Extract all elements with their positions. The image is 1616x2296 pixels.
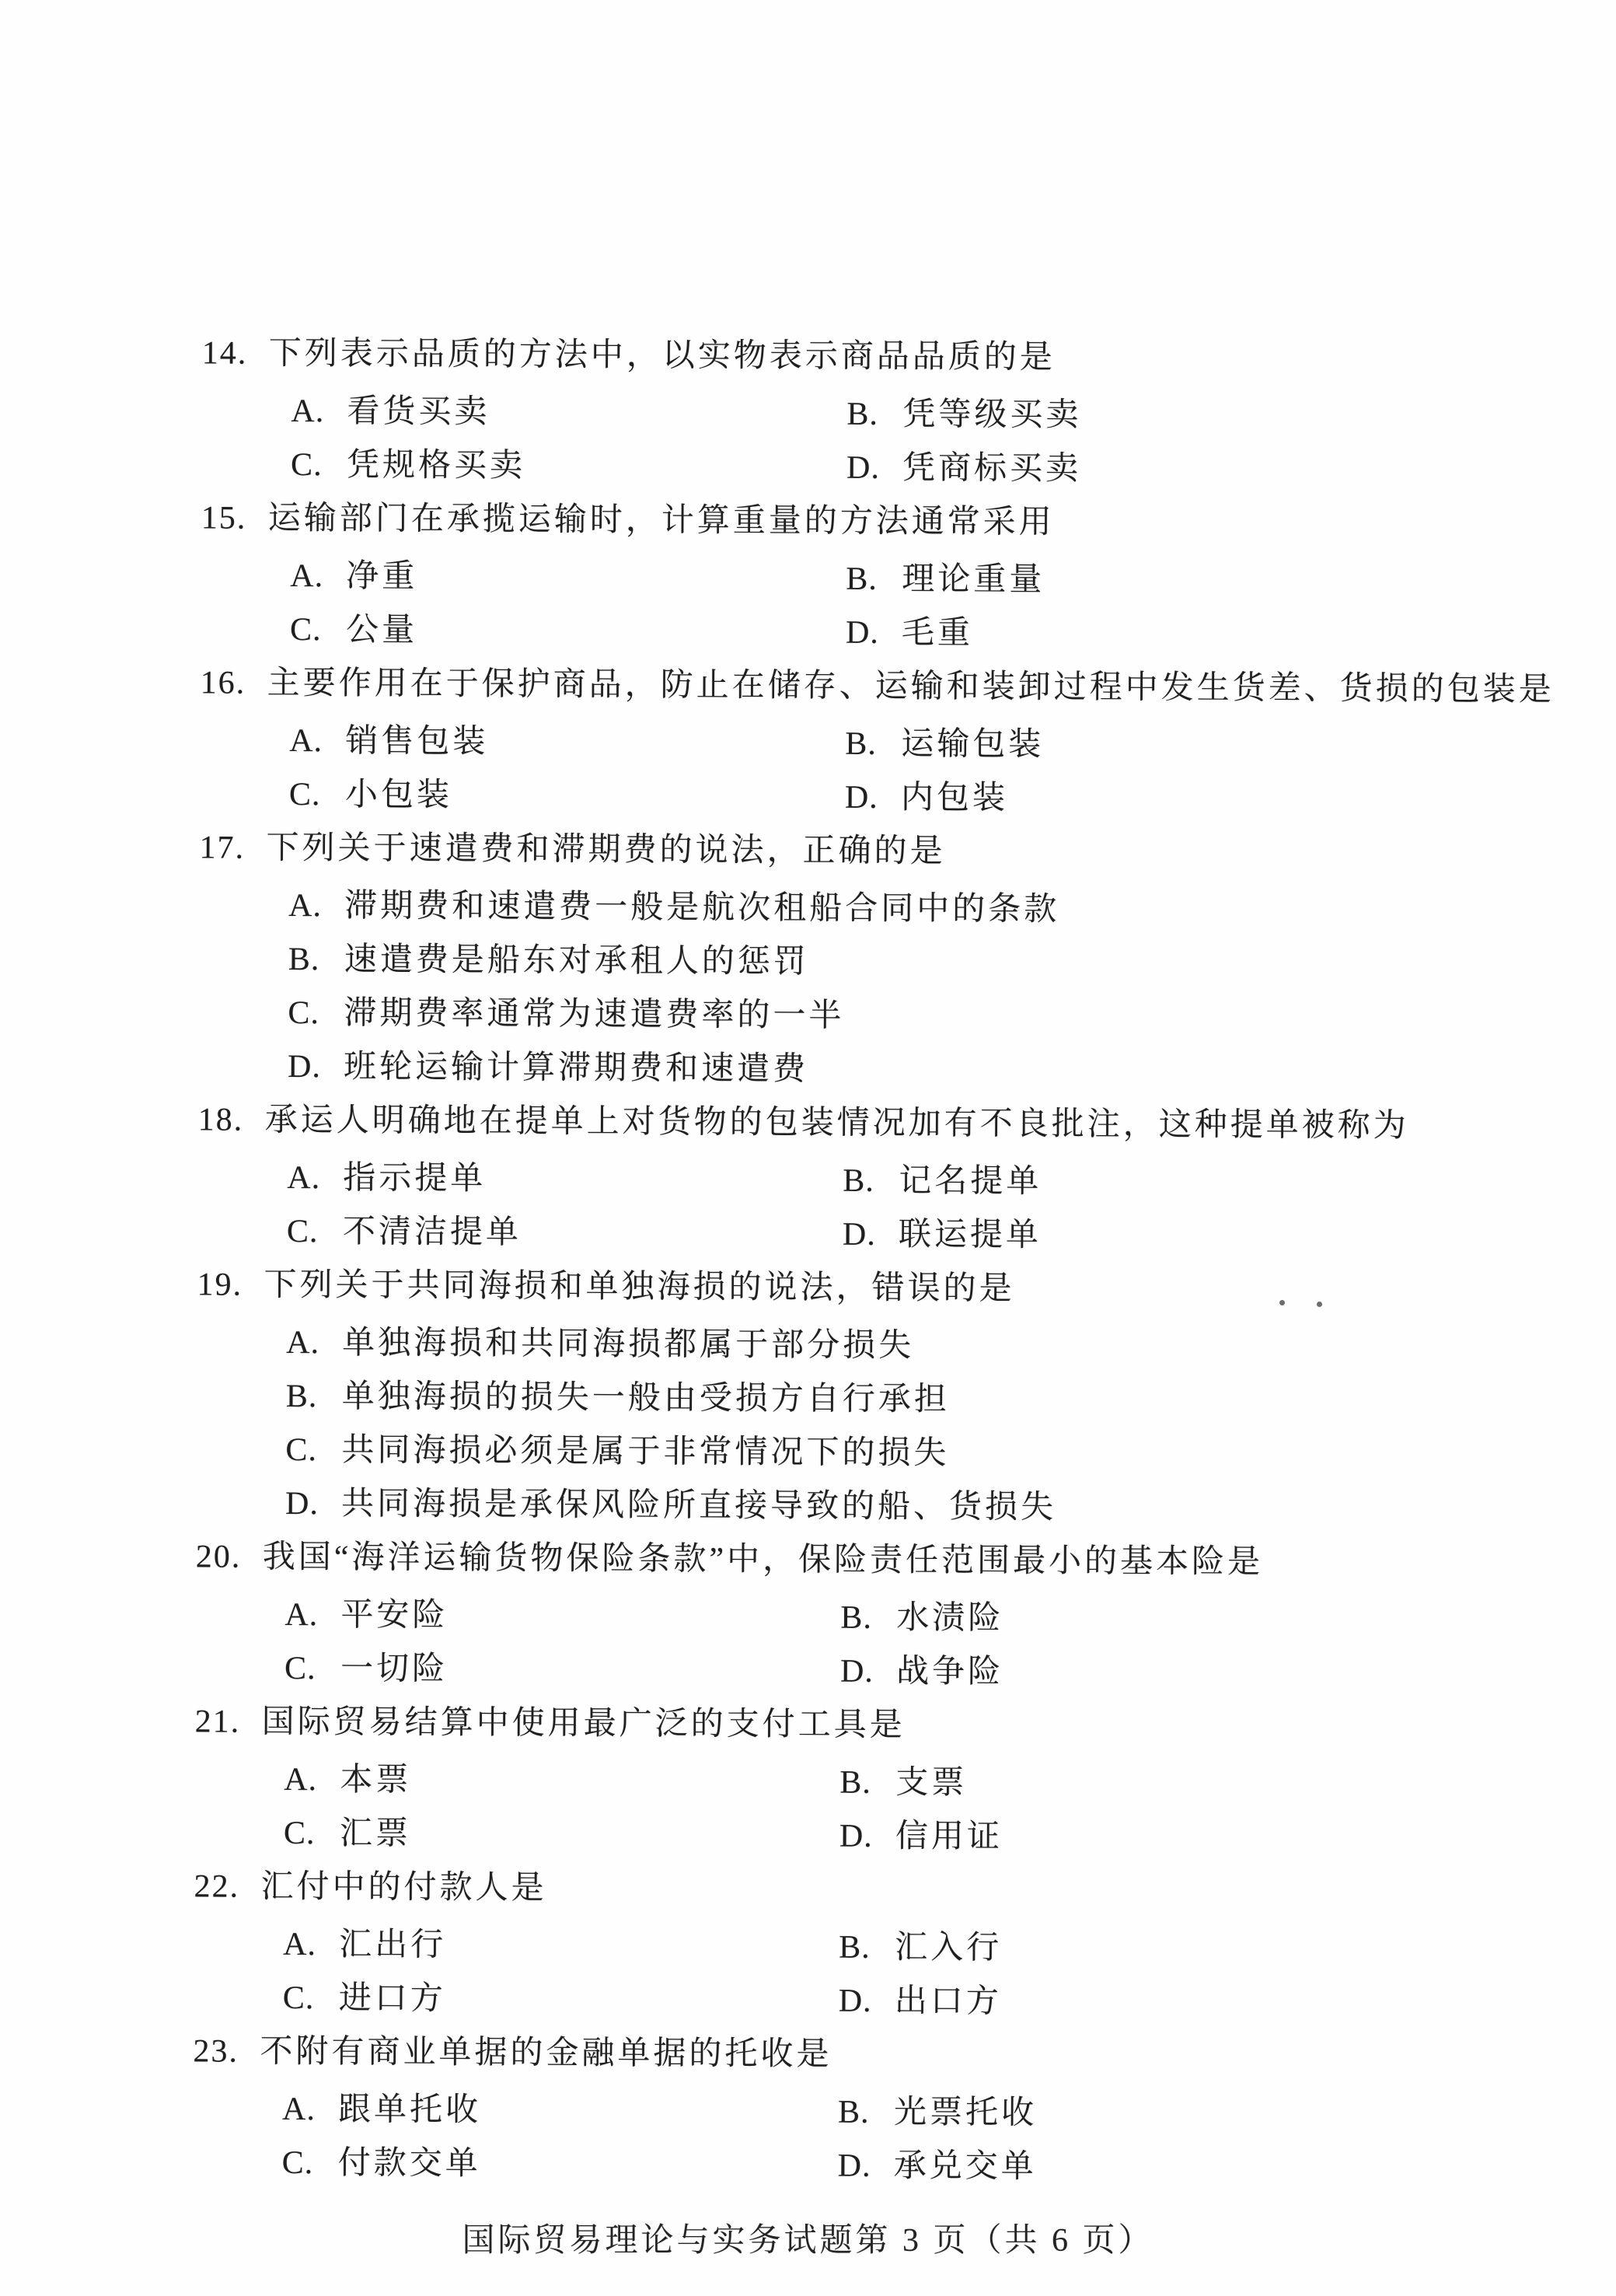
question-17: 17. 下列关于速遣费和滞期费的说法，正确的是 A.滞期费和速遣费一般是航次租船…: [0, 829, 1614, 1110]
question-19: 19. 下列关于共同海损和单独海损的说法，错误的是 A.单独海损和共同海损都属于…: [0, 1266, 1611, 1546]
question-head: 19. 下列关于共同海损和单独海损的说法，错误的是: [0, 1266, 1611, 1332]
question-number: 16.: [201, 665, 267, 701]
question-text: 运输部门在承揽运输时，计算重量的方法通常采用: [268, 501, 1055, 541]
option: B.水渍险: [840, 1600, 1609, 1658]
question-number: 19.: [197, 1267, 264, 1303]
option-label: D.: [843, 1217, 899, 1253]
option-text: 内包装: [901, 780, 1008, 817]
question-21: 21. 国际贸易结算中使用最广泛的支付工具是 A.本票B.支票C.汇票D.信用证: [0, 1703, 1609, 1876]
emphasis-dot: [1279, 1300, 1285, 1305]
option-label: D.: [839, 1819, 895, 1855]
question-head: 14. 下列表示品质的方法中，以实物表示商品品质的是: [0, 334, 1616, 400]
option: D.信用证: [839, 1819, 1608, 1876]
option: C.凭规格买卖: [291, 447, 846, 504]
option: B.凭等级买卖: [846, 397, 1615, 454]
question-head: 23. 不附有商业单据的金融单据的托收是: [0, 2032, 1607, 2099]
option-label: A.: [289, 723, 345, 760]
option-label: C.: [283, 1980, 339, 2017]
question-number: 18.: [198, 1102, 265, 1138]
option-text: 共同海损必须是属于非常情况下的损失: [341, 1432, 949, 1472]
option-text: 平安险: [340, 1597, 448, 1634]
option: B.单独海损的损失一般由受损方自行承担: [286, 1379, 1611, 1439]
option-label: B.: [840, 1600, 896, 1637]
option-text: 支票: [895, 1765, 967, 1802]
question-text: 汇付中的付款人是: [260, 1869, 546, 1907]
option-text: 凭规格买卖: [347, 447, 525, 484]
option-text: 汇票: [340, 1815, 411, 1853]
option-label: C.: [288, 995, 344, 1032]
option-label: C.: [287, 1214, 343, 1250]
option-text: 单独海损和共同海损都属于部分损失: [342, 1325, 914, 1365]
option-label: B.: [845, 726, 901, 763]
option-text: 一切险: [340, 1651, 448, 1688]
question-20: 20. 我国“海洋运输货物保险条款”中，保险责任范围最小的基本险是 A.平安险B…: [0, 1538, 1610, 1711]
option-text: 汇入行: [895, 1930, 1002, 1967]
option-group: A.平安险B.水渍险C.一切险D.战争险: [0, 1595, 1609, 1711]
option-label: D.: [845, 780, 901, 816]
question-head: 15. 运输部门在承揽运输时，计算重量的方法通常采用: [0, 499, 1615, 565]
option: A.本票: [284, 1762, 839, 1819]
option-text: 光票托收: [894, 2095, 1037, 2132]
option-group: A.跟单托收B.光票托收C.付款交单D.承兑交单: [0, 2090, 1607, 2206]
question-text: 不附有商业单据的金融单据的托收是: [260, 2034, 832, 2074]
option-text: 水渍险: [896, 1600, 1003, 1637]
option-label: B.: [838, 2095, 894, 2131]
option-text: 净重: [346, 558, 417, 596]
option: C.共同海损必须是属于非常情况下的损失: [285, 1432, 1610, 1493]
question-15: 15. 运输部门在承揽运输时，计算重量的方法通常采用 A.净重B.理论重量C.公…: [0, 499, 1615, 673]
question-head: 22. 汇付中的付款人是: [0, 1868, 1608, 1934]
option-label: B.: [288, 942, 344, 978]
option-label: D.: [288, 1049, 344, 1085]
option-label: D.: [839, 1983, 895, 2020]
option: B.支票: [839, 1765, 1608, 1822]
option: D.内包装: [845, 780, 1614, 837]
option-label: D.: [840, 1654, 896, 1690]
option-label: D.: [846, 450, 902, 487]
option: A.销售包装: [289, 723, 845, 780]
question-14: 14. 下列表示品质的方法中，以实物表示商品品质的是 A.看货买卖B.凭等级买卖…: [0, 334, 1616, 508]
question-head: 21. 国际贸易结算中使用最广泛的支付工具是: [0, 1703, 1609, 1769]
option: A.汇出行: [283, 1927, 839, 1983]
option-text: 速遣费是船东对承租人的惩罚: [344, 942, 809, 980]
option-group: A.看货买卖B.凭等级买卖C.凭规格买卖D.凭商标买卖: [0, 392, 1616, 508]
option-label: D.: [285, 1486, 341, 1522]
option-label: C.: [285, 1432, 341, 1469]
question-number: 21.: [195, 1704, 262, 1740]
question-text: 我国“海洋运输货物保险条款”中，保险责任范围最小的基本险是: [263, 1539, 1264, 1581]
option-group: A.滞期费和速遣费一般是航次租船合同中的条款B.速遣费是船东对承租人的惩罚C.滞…: [0, 886, 1613, 1110]
option-text: 凭商标买卖: [902, 450, 1081, 488]
option-text: 小包装: [345, 777, 452, 814]
question-number: 23.: [193, 2033, 260, 2070]
option-text: 跟单托收: [338, 2092, 481, 2129]
option: B.运输包装: [845, 726, 1614, 784]
question-text: 下列关于共同海损和单独海损的说法，错误的是: [264, 1267, 1014, 1308]
option-label: A.: [284, 1762, 340, 1798]
option: C.付款交单: [281, 2145, 837, 2202]
option-label: C.: [282, 2145, 338, 2182]
scan-artifact-dot: [966, 898, 971, 903]
option-text: 本票: [340, 1762, 411, 1799]
option-group: A.指示提单B.记名提单C.不清洁提单D.联运提单: [0, 1158, 1611, 1274]
option-label: B.: [843, 1163, 899, 1200]
option-text: 班轮运输计算滞期费和速遣费: [344, 1049, 808, 1088]
option-label: A.: [284, 1597, 340, 1634]
option-text: 公量: [346, 612, 417, 649]
page-footer: 国际贸易理论与实务试题第 3 页（共 6 页）: [0, 2214, 1616, 2261]
option-label: A.: [287, 1160, 343, 1197]
option-group: A.单独海损和共同海损都属于部分损失B.单独海损的损失一般由受损方自行承担C.共…: [0, 1323, 1611, 1546]
option-text: 出口方: [895, 1983, 1002, 2021]
option: A.指示提单: [287, 1160, 843, 1217]
option-text: 战争险: [896, 1654, 1003, 1691]
option: B.理论重量: [846, 561, 1614, 619]
option-label: B.: [846, 397, 902, 433]
option: B.光票托收: [838, 2095, 1607, 2152]
question-text: 承运人明确地在提单上对货物的包装情况加有不良批注，这种提单被称为: [265, 1103, 1409, 1145]
option-group: A.净重B.理论重量C.公量D.毛重: [0, 557, 1614, 673]
option-label: A.: [290, 558, 346, 595]
option: D.共同海损是承保风险所直接导致的船、货损失: [285, 1486, 1610, 1546]
option-group: A.本票B.支票C.汇票D.信用证: [0, 1760, 1608, 1876]
question-text: 国际贸易结算中使用最广泛的支付工具是: [262, 1704, 906, 1744]
option-text: 指示提单: [343, 1160, 486, 1197]
option: A.跟单托收: [282, 2092, 838, 2148]
option: D.毛重: [846, 615, 1614, 673]
option: A.滞期费和速遣费一般是航次租船合同中的条款: [288, 888, 1613, 949]
question-23: 23. 不附有商业单据的金融单据的托收是 A.跟单托收B.光票托收C.付款交单D…: [0, 2032, 1607, 2206]
option: C.进口方: [283, 1980, 839, 2037]
question-head: 20. 我国“海洋运输货物保险条款”中，保险责任范围最小的基本险是: [0, 1538, 1610, 1604]
option-text: 共同海损是承保风险所直接导致的船、货损失: [341, 1486, 1056, 1526]
option: C.小包装: [289, 777, 845, 833]
option-label: A.: [291, 393, 347, 430]
question-head: 17. 下列关于速遣费和滞期费的说法，正确的是: [0, 829, 1614, 895]
option-text: 滞期费率通常为速遣费率的一半: [344, 995, 844, 1034]
option-group: A.销售包装B.运输包装C.小包装D.内包装: [0, 722, 1614, 837]
option: C.不清洁提单: [287, 1214, 843, 1270]
option-label: A.: [282, 2092, 338, 2128]
option-text: 看货买卖: [347, 393, 490, 431]
scanned-exam-page: 14. 下列表示品质的方法中，以实物表示商品品质的是 A.看货买卖B.凭等级买卖…: [0, 0, 1616, 2296]
question-text: 主要作用在于保护商品，防止在储存、运输和装卸过程中发生货差、货损的包装是: [267, 666, 1555, 709]
question-text: 下列表示品质的方法中，以实物表示商品品质的是: [269, 336, 1056, 376]
option-label: B.: [286, 1379, 342, 1415]
option-text: 运输包装: [901, 726, 1044, 764]
option-label: A.: [283, 1927, 339, 1963]
option-text: 单独海损的损失一般由受损方自行承担: [342, 1379, 950, 1418]
option-text: 不清洁提单: [343, 1214, 522, 1251]
option: A.平安险: [284, 1597, 840, 1654]
option-text: 毛重: [902, 615, 973, 652]
question-head: 18. 承运人明确地在提单上对货物的包装情况加有不良批注，这种提单被称为: [0, 1101, 1612, 1167]
option-label: C.: [284, 1651, 340, 1687]
option: A.看货买卖: [291, 393, 846, 450]
question-number: 22.: [194, 1868, 260, 1905]
emphasis-dot: [1317, 1302, 1322, 1307]
question-list: 14. 下列表示品质的方法中，以实物表示商品品质的是 A.看货买卖B.凭等级买卖…: [0, 334, 1616, 2206]
option-text: 销售包装: [345, 723, 488, 760]
option: D.战争险: [840, 1654, 1609, 1711]
option: D.承兑交单: [837, 2148, 1606, 2206]
option-text: 付款交单: [338, 2145, 481, 2182]
option-label: D.: [838, 2148, 894, 2185]
option: B.速遣费是船东对承租人的惩罚: [288, 942, 1613, 1002]
option-text: 汇出行: [339, 1927, 446, 1964]
question-number: 20.: [196, 1539, 263, 1575]
option-label: A.: [286, 1325, 342, 1361]
option: A.单独海损和共同海损都属于部分损失: [286, 1325, 1611, 1386]
question-16: 16. 主要作用在于保护商品，防止在储存、运输和装卸过程中发生货差、货损的包装是…: [0, 664, 1614, 837]
option: C.一切险: [284, 1651, 840, 1707]
question-22: 22. 汇付中的付款人是 A.汇出行B.汇入行C.进口方D.出口方: [0, 1868, 1608, 2041]
option-text: 信用证: [895, 1819, 1003, 1856]
option-label: B.: [839, 1930, 895, 1966]
option: D.出口方: [839, 1983, 1607, 2041]
option-label: D.: [846, 615, 902, 652]
option-group: A.汇出行B.汇入行C.进口方D.出口方: [0, 1925, 1607, 2041]
option-label: A.: [288, 888, 344, 924]
question-number: 14.: [202, 335, 269, 372]
option-label: C.: [290, 612, 346, 648]
option-label: B.: [846, 561, 902, 598]
option-text: 凭等级买卖: [902, 397, 1081, 434]
question-text: 下列关于速遣费和滞期费的说法，正确的是: [266, 830, 945, 871]
option-text: 联运提单: [899, 1217, 1042, 1254]
option-label: C.: [284, 1815, 340, 1852]
option: C.公量: [290, 612, 846, 669]
option: D.联运提单: [843, 1217, 1611, 1274]
option-text: 承兑交单: [894, 2148, 1037, 2186]
option: D.班轮运输计算滞期费和速遣费: [288, 1049, 1612, 1110]
option-text: 进口方: [339, 1980, 446, 2018]
option: C.滞期费率通常为速遣费率的一半: [288, 995, 1612, 1056]
option-text: 记名提单: [899, 1163, 1042, 1200]
question-18: 18. 承运人明确地在提单上对货物的包装情况加有不良批注，这种提单被称为 A.指…: [0, 1101, 1612, 1274]
option-label: B.: [839, 1765, 895, 1802]
option: B.汇入行: [839, 1930, 1607, 1987]
option-text: 滞期费和速遣费一般是航次租船合同中的条款: [344, 888, 1059, 928]
option: D.凭商标买卖: [846, 450, 1615, 508]
option-text: 理论重量: [902, 561, 1045, 599]
question-number: 15.: [201, 500, 268, 536]
option-label: C.: [289, 777, 345, 813]
question-head: 16. 主要作用在于保护商品，防止在储存、运输和装卸过程中发生货差、货损的包装是: [0, 664, 1614, 730]
option: A.净重: [290, 558, 846, 615]
question-number: 17.: [199, 830, 266, 866]
option-label: C.: [291, 447, 347, 484]
option: B.记名提单: [843, 1163, 1611, 1221]
option: C.汇票: [284, 1815, 839, 1872]
